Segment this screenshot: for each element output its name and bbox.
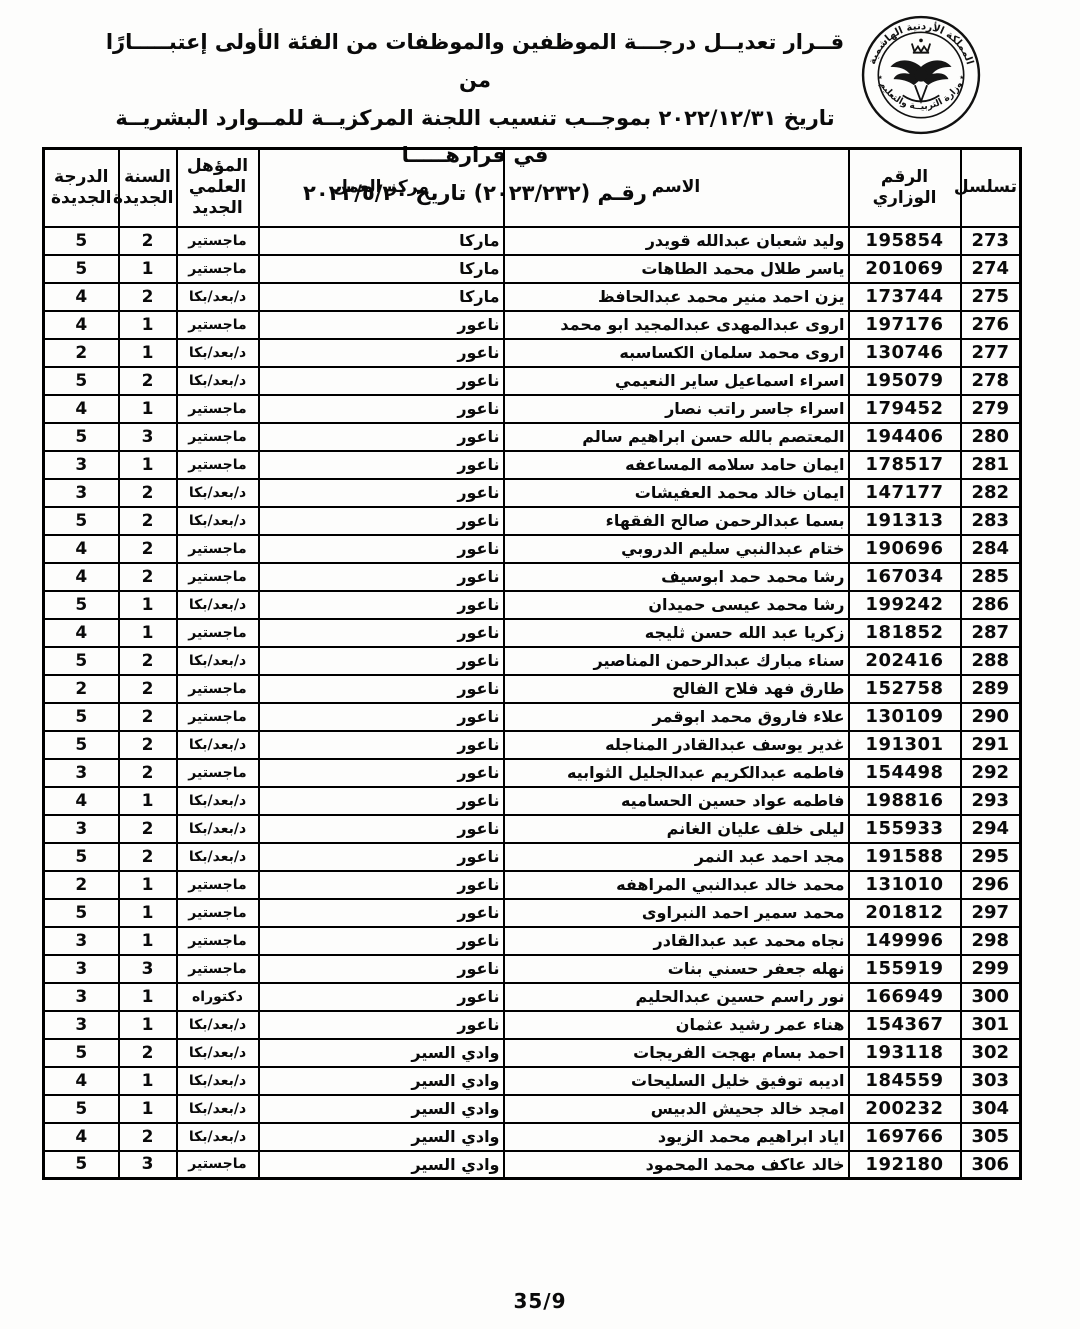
year-cell: 2 <box>119 507 177 535</box>
ministry-number-cell: 130109 <box>849 703 961 731</box>
table-row: 301154367هناء عمر رشيد عثمانناعورد/بعد/ب… <box>44 1011 1021 1039</box>
name-cell: بسما عبدالرحمن صالح الفقهاء <box>504 507 849 535</box>
ministry-number-cell: 195854 <box>849 227 961 255</box>
qualification-cell: د/بعد/بكا <box>177 1123 259 1151</box>
name-cell: سناء مبارك عبدالرحمن المناصير <box>504 647 849 675</box>
serial-cell: 284 <box>961 535 1021 563</box>
table-row: 280194406المعتصم بالله حسن ابراهيم سالمن… <box>44 423 1021 451</box>
serial-cell: 295 <box>961 843 1021 871</box>
serial-cell: 286 <box>961 591 1021 619</box>
grade-cell: 3 <box>44 479 119 507</box>
column-header-new-year: السنة الجديدة <box>119 149 177 227</box>
table-row: 286199242رشا محمد عيسى حميدانناعورد/بعد/… <box>44 591 1021 619</box>
ministry-number-cell: 197176 <box>849 311 961 339</box>
ministry-number-cell: 184559 <box>849 1067 961 1095</box>
name-cell: هناء عمر رشيد عثمان <box>504 1011 849 1039</box>
name-cell: اسراء اسماعيل ساير النعيمي <box>504 367 849 395</box>
grade-cell: 5 <box>44 255 119 283</box>
name-cell: ياسر طلال محمد الطاهات <box>504 255 849 283</box>
year-cell: 2 <box>119 563 177 591</box>
ministry-number-cell: 191301 <box>849 731 961 759</box>
qualification-cell: ماجستير <box>177 899 259 927</box>
work-center-cell: ناعور <box>259 815 504 843</box>
grade-cell: 5 <box>44 507 119 535</box>
ministry-number-cell: 200232 <box>849 1095 961 1123</box>
ministry-number-cell: 155919 <box>849 955 961 983</box>
grade-cell: 3 <box>44 451 119 479</box>
qualification-cell: د/بعد/بكا <box>177 339 259 367</box>
table-row: 296131010محمد خالد عبدالنبي المراهفهناعو… <box>44 871 1021 899</box>
name-cell: فاطمه عبدالكريم عبدالجليل الثوابيه <box>504 759 849 787</box>
serial-cell: 290 <box>961 703 1021 731</box>
serial-cell: 294 <box>961 815 1021 843</box>
table-head: تسلسلالرقم الوزاريالاسممركز العملالمؤهل … <box>44 149 1021 227</box>
table-row: 281178517ايمان حامد سلامه المساعفهناعورم… <box>44 451 1021 479</box>
year-cell: 2 <box>119 367 177 395</box>
serial-cell: 278 <box>961 367 1021 395</box>
qualification-cell: ماجستير <box>177 311 259 339</box>
serial-cell: 300 <box>961 983 1021 1011</box>
qualification-cell: ماجستير <box>177 955 259 983</box>
qualification-cell: ماجستير <box>177 451 259 479</box>
table-row: 289152758طارق فهد فلاح الفالحناعورماجستي… <box>44 675 1021 703</box>
qualification-cell: ماجستير <box>177 1151 259 1179</box>
year-cell: 2 <box>119 675 177 703</box>
column-header-work-center: مركز العمل <box>259 149 504 227</box>
table-row: 303184559اديبه توفيق خليل السليحاتوادي ا… <box>44 1067 1021 1095</box>
ministry-number-cell: 147177 <box>849 479 961 507</box>
table-row: 275173744يزن احمد منير محمد عبدالحافظمار… <box>44 283 1021 311</box>
work-center-cell: ناعور <box>259 731 504 759</box>
table-row: 300166949نور راسم حسين عبدالحليمناعوردكت… <box>44 983 1021 1011</box>
grade-cell: 4 <box>44 1067 119 1095</box>
work-center-cell: ماركا <box>259 283 504 311</box>
year-cell: 2 <box>119 815 177 843</box>
serial-cell: 299 <box>961 955 1021 983</box>
serial-cell: 302 <box>961 1039 1021 1067</box>
work-center-cell: ماركا <box>259 255 504 283</box>
serial-cell: 277 <box>961 339 1021 367</box>
serial-cell: 296 <box>961 871 1021 899</box>
qualification-cell: د/بعد/بكا <box>177 591 259 619</box>
grade-cell: 4 <box>44 619 119 647</box>
work-center-cell: ناعور <box>259 675 504 703</box>
work-center-cell: ماركا <box>259 227 504 255</box>
ministry-number-cell: 149996 <box>849 927 961 955</box>
year-cell: 1 <box>119 311 177 339</box>
serial-cell: 306 <box>961 1151 1021 1179</box>
serial-cell: 289 <box>961 675 1021 703</box>
serial-cell: 279 <box>961 395 1021 423</box>
qualification-cell: د/بعد/بكا <box>177 1039 259 1067</box>
ministry-number-cell: 167034 <box>849 563 961 591</box>
serial-cell: 298 <box>961 927 1021 955</box>
work-center-cell: وادي السير <box>259 1123 504 1151</box>
work-center-cell: ناعور <box>259 311 504 339</box>
grade-cell: 3 <box>44 759 119 787</box>
column-header-qualification: المؤهل العلمي الجديد <box>177 149 259 227</box>
qualification-cell: د/بعد/بكا <box>177 787 259 815</box>
year-cell: 2 <box>119 227 177 255</box>
heading-line-1: قــرار تعديــل درجـــة الموظفين والموظفا… <box>95 24 855 100</box>
ministry-number-cell: 193118 <box>849 1039 961 1067</box>
qualification-cell: ماجستير <box>177 759 259 787</box>
work-center-cell: ناعور <box>259 927 504 955</box>
ministry-number-cell: 201069 <box>849 255 961 283</box>
year-cell: 1 <box>119 787 177 815</box>
grade-cell: 5 <box>44 1039 119 1067</box>
year-cell: 2 <box>119 843 177 871</box>
ministry-number-cell: 131010 <box>849 871 961 899</box>
table-row: 276197176اروى عبدالمهدى عبدالمجيد ابو مح… <box>44 311 1021 339</box>
grade-cell: 4 <box>44 311 119 339</box>
name-cell: نهله جعفر حسني بنات <box>504 955 849 983</box>
work-center-cell: ناعور <box>259 983 504 1011</box>
table-row: 282147177ايمان خالد محمد العفيشاتناعورد/… <box>44 479 1021 507</box>
work-center-cell: ناعور <box>259 563 504 591</box>
year-cell: 1 <box>119 1095 177 1123</box>
table-row: 304200232امجد خالد جحيش الدبيسوادي السير… <box>44 1095 1021 1123</box>
serial-cell: 305 <box>961 1123 1021 1151</box>
ministry-number-cell: 130746 <box>849 339 961 367</box>
page-footer: 35/9 <box>0 1289 1080 1313</box>
work-center-cell: ناعور <box>259 619 504 647</box>
table-row: 287181852زكريا عبد الله حسن ثليجهناعورما… <box>44 619 1021 647</box>
serial-cell: 282 <box>961 479 1021 507</box>
table-row: 299155919نهله جعفر حسني بناتناعورماجستير… <box>44 955 1021 983</box>
table-row: 284190696ختام عبدالنبي سليم الدروبيناعور… <box>44 535 1021 563</box>
svg-text:المملكة الأردنية الهاشمية: المملكة الأردنية الهاشمية <box>867 21 975 66</box>
ministry-number-cell: 202416 <box>849 647 961 675</box>
column-header-new-grade: الدرجة الجديدة <box>44 149 119 227</box>
table-row: 292154498فاطمه عبدالكريم عبدالجليل الثوا… <box>44 759 1021 787</box>
grade-cell: 4 <box>44 563 119 591</box>
table-header-row: تسلسلالرقم الوزاريالاسممركز العملالمؤهل … <box>44 149 1021 227</box>
qualification-cell: د/بعد/بكا <box>177 1067 259 1095</box>
work-center-cell: ناعور <box>259 367 504 395</box>
table-row: 283191313بسما عبدالرحمن صالح الفقهاءناعو… <box>44 507 1021 535</box>
grade-cell: 5 <box>44 899 119 927</box>
year-cell: 1 <box>119 451 177 479</box>
work-center-cell: ناعور <box>259 871 504 899</box>
name-cell: طارق فهد فلاح الفالح <box>504 675 849 703</box>
serial-cell: 293 <box>961 787 1021 815</box>
year-cell: 3 <box>119 1151 177 1179</box>
seal-top-text: المملكة الأردنية الهاشمية <box>867 21 975 66</box>
name-cell: خالد عاكف محمد المحمود <box>504 1151 849 1179</box>
year-cell: 2 <box>119 759 177 787</box>
name-cell: المعتصم بالله حسن ابراهيم سالم <box>504 423 849 451</box>
name-cell: ليلى خلف عليان الغانم <box>504 815 849 843</box>
grade-cell: 5 <box>44 731 119 759</box>
ministry-number-cell: 181852 <box>849 619 961 647</box>
year-cell: 1 <box>119 255 177 283</box>
work-center-cell: وادي السير <box>259 1067 504 1095</box>
serial-cell: 283 <box>961 507 1021 535</box>
grade-cell: 2 <box>44 339 119 367</box>
year-cell: 1 <box>119 899 177 927</box>
grade-cell: 5 <box>44 367 119 395</box>
year-cell: 1 <box>119 1067 177 1095</box>
serial-cell: 280 <box>961 423 1021 451</box>
name-cell: اروى محمد سلمان الكساسبه <box>504 339 849 367</box>
year-cell: 2 <box>119 283 177 311</box>
table-row: 295191588مجد احمد عبد النمرناعورد/بعد/بك… <box>44 843 1021 871</box>
year-cell: 1 <box>119 871 177 899</box>
table-row: 291191301غدير يوسف عبدالقادر المناجلهناع… <box>44 731 1021 759</box>
serial-cell: 303 <box>961 1067 1021 1095</box>
grade-cell: 4 <box>44 787 119 815</box>
page-number: 35/9 <box>513 1289 566 1313</box>
qualification-cell: ماجستير <box>177 423 259 451</box>
grade-cell: 2 <box>44 871 119 899</box>
name-cell: اياد ابراهيم محمد الزيود <box>504 1123 849 1151</box>
ministry-number-cell: 192180 <box>849 1151 961 1179</box>
qualification-cell: ماجستير <box>177 703 259 731</box>
qualification-cell: ماجستير <box>177 563 259 591</box>
qualification-cell: د/بعد/بكا <box>177 1011 259 1039</box>
work-center-cell: ناعور <box>259 647 504 675</box>
name-cell: مجد احمد عبد النمر <box>504 843 849 871</box>
ministry-number-cell: 195079 <box>849 367 961 395</box>
work-center-cell: ناعور <box>259 703 504 731</box>
work-center-cell: ناعور <box>259 535 504 563</box>
name-cell: اسراء جاسر راتب نصار <box>504 395 849 423</box>
serial-cell: 291 <box>961 731 1021 759</box>
work-center-cell: ناعور <box>259 395 504 423</box>
table-row: 298149996نجاه محمد عبد عبدالقادرناعورماج… <box>44 927 1021 955</box>
qualification-cell: د/بعد/بكا <box>177 815 259 843</box>
table-body: 273195854وليد شعبان عبدالله قويدرماركاما… <box>44 227 1021 1179</box>
grade-cell: 5 <box>44 591 119 619</box>
grade-cell: 5 <box>44 227 119 255</box>
serial-cell: 275 <box>961 283 1021 311</box>
qualification-cell: ماجستير <box>177 227 259 255</box>
coat-of-arms-icon: المملكة الأردنية الهاشمية ٭ وزارة التربي… <box>860 12 982 138</box>
ministry-number-cell: 198816 <box>849 787 961 815</box>
ministry-number-cell: 169766 <box>849 1123 961 1151</box>
year-cell: 1 <box>119 591 177 619</box>
table-row: 293198816فاطمه عواد حسين الحساميهناعورد/… <box>44 787 1021 815</box>
name-cell: محمد سمير احمد النبراوى <box>504 899 849 927</box>
name-cell: ايمان خالد محمد العفيشات <box>504 479 849 507</box>
work-center-cell: وادي السير <box>259 1151 504 1179</box>
work-center-cell: ناعور <box>259 759 504 787</box>
table-row: 273195854وليد شعبان عبدالله قويدرماركاما… <box>44 227 1021 255</box>
grade-cell: 3 <box>44 1011 119 1039</box>
grade-cell: 3 <box>44 815 119 843</box>
name-cell: وليد شعبان عبدالله قويدر <box>504 227 849 255</box>
work-center-cell: ناعور <box>259 451 504 479</box>
table-row: 277130746اروى محمد سلمان الكساسبهناعورد/… <box>44 339 1021 367</box>
qualification-cell: د/بعد/بكا <box>177 647 259 675</box>
name-cell: فاطمه عواد حسين الحساميه <box>504 787 849 815</box>
grade-cell: 5 <box>44 647 119 675</box>
ministry-number-cell: 199242 <box>849 591 961 619</box>
year-cell: 2 <box>119 1123 177 1151</box>
name-cell: امجد خالد جحيش الدبيس <box>504 1095 849 1123</box>
grade-cell: 3 <box>44 983 119 1011</box>
name-cell: اديبه توفيق خليل السليحات <box>504 1067 849 1095</box>
name-cell: غدير يوسف عبدالقادر المناجله <box>504 731 849 759</box>
ministry-number-cell: 154367 <box>849 1011 961 1039</box>
work-center-cell: ناعور <box>259 843 504 871</box>
serial-cell: 285 <box>961 563 1021 591</box>
name-cell: اروى عبدالمهدى عبدالمجيد ابو محمد <box>504 311 849 339</box>
name-cell: محمد خالد عبدالنبي المراهفه <box>504 871 849 899</box>
ministry-number-cell: 179452 <box>849 395 961 423</box>
work-center-cell: ناعور <box>259 899 504 927</box>
year-cell: 1 <box>119 619 177 647</box>
serial-cell: 274 <box>961 255 1021 283</box>
ministry-number-cell: 178517 <box>849 451 961 479</box>
table-row: 285167034رشا محمد حمد ابوسيفناعورماجستير… <box>44 563 1021 591</box>
grade-cell: 4 <box>44 535 119 563</box>
work-center-cell: ناعور <box>259 423 504 451</box>
qualification-cell: ماجستير <box>177 927 259 955</box>
qualification-cell: د/بعد/بكا <box>177 283 259 311</box>
year-cell: 1 <box>119 339 177 367</box>
grade-cell: 3 <box>44 927 119 955</box>
qualification-cell: د/بعد/بكا <box>177 507 259 535</box>
name-cell: ايمان حامد سلامه المساعفه <box>504 451 849 479</box>
ministry-number-cell: 166949 <box>849 983 961 1011</box>
ministry-number-cell: 201812 <box>849 899 961 927</box>
serial-cell: 301 <box>961 1011 1021 1039</box>
ministry-number-cell: 173744 <box>849 283 961 311</box>
year-cell: 3 <box>119 423 177 451</box>
year-cell: 1 <box>119 927 177 955</box>
name-cell: ختام عبدالنبي سليم الدروبي <box>504 535 849 563</box>
ministry-number-cell: 190696 <box>849 535 961 563</box>
ministry-number-cell: 191588 <box>849 843 961 871</box>
qualification-cell: ماجستير <box>177 535 259 563</box>
employees-table: تسلسلالرقم الوزاريالاسممركز العملالمؤهل … <box>42 147 1022 1180</box>
qualification-cell: ماجستير <box>177 619 259 647</box>
name-cell: زكريا عبد الله حسن ثليجه <box>504 619 849 647</box>
column-header-ministry-number: الرقم الوزاري <box>849 149 961 227</box>
grade-cell: 2 <box>44 675 119 703</box>
name-cell: رشا محمد عيسى حميدان <box>504 591 849 619</box>
year-cell: 1 <box>119 983 177 1011</box>
year-cell: 2 <box>119 647 177 675</box>
name-cell: نور راسم حسين عبدالحليم <box>504 983 849 1011</box>
work-center-cell: ناعور <box>259 955 504 983</box>
qualification-cell: د/بعد/بكا <box>177 1095 259 1123</box>
work-center-cell: ناعور <box>259 339 504 367</box>
table-row: 274201069ياسر طلال محمد الطاهاتماركاماجس… <box>44 255 1021 283</box>
year-cell: 2 <box>119 535 177 563</box>
year-cell: 1 <box>119 395 177 423</box>
work-center-cell: وادي السير <box>259 1095 504 1123</box>
year-cell: 3 <box>119 955 177 983</box>
ministry-number-cell: 194406 <box>849 423 961 451</box>
grade-cell: 5 <box>44 843 119 871</box>
grade-cell: 5 <box>44 1095 119 1123</box>
table-row: 297201812محمد سمير احمد النبراوىناعورماج… <box>44 899 1021 927</box>
serial-cell: 281 <box>961 451 1021 479</box>
grade-cell: 4 <box>44 283 119 311</box>
document-page: المملكة الأردنية الهاشمية ٭ وزارة التربي… <box>0 0 1080 1329</box>
serial-cell: 297 <box>961 899 1021 927</box>
table-row: 306192180خالد عاكف محمد المحمودوادي السي… <box>44 1151 1021 1179</box>
grade-cell: 3 <box>44 955 119 983</box>
qualification-cell: ماجستير <box>177 871 259 899</box>
serial-cell: 288 <box>961 647 1021 675</box>
year-cell: 2 <box>119 703 177 731</box>
year-cell: 2 <box>119 1039 177 1067</box>
name-cell: رشا محمد حمد ابوسيف <box>504 563 849 591</box>
grade-cell: 5 <box>44 1151 119 1179</box>
year-cell: 1 <box>119 1011 177 1039</box>
table-row: 288202416سناء مبارك عبدالرحمن المناصيرنا… <box>44 647 1021 675</box>
qualification-cell: د/بعد/بكا <box>177 731 259 759</box>
qualification-cell: ماجستير <box>177 675 259 703</box>
table-row: 302193118احمد بسام بهجت الفريجاتوادي الس… <box>44 1039 1021 1067</box>
grade-cell: 4 <box>44 1123 119 1151</box>
table-row: 279179452اسراء جاسر راتب نصارناعورماجستي… <box>44 395 1021 423</box>
column-header-name: الاسم <box>504 149 849 227</box>
table-row: 305169766اياد ابراهيم محمد الزيودوادي ال… <box>44 1123 1021 1151</box>
grade-cell: 4 <box>44 395 119 423</box>
name-cell: يزن احمد منير محمد عبدالحافظ <box>504 283 849 311</box>
serial-cell: 292 <box>961 759 1021 787</box>
qualification-cell: د/بعد/بكا <box>177 479 259 507</box>
serial-cell: 273 <box>961 227 1021 255</box>
qualification-cell: ماجستير <box>177 255 259 283</box>
serial-cell: 276 <box>961 311 1021 339</box>
year-cell: 2 <box>119 479 177 507</box>
ministry-seal: المملكة الأردنية الهاشمية ٭ وزارة التربي… <box>860 12 982 138</box>
work-center-cell: ناعور <box>259 591 504 619</box>
ministry-number-cell: 152758 <box>849 675 961 703</box>
work-center-cell: وادي السير <box>259 1039 504 1067</box>
name-cell: نجاه محمد عبد عبدالقادر <box>504 927 849 955</box>
ministry-number-cell: 155933 <box>849 815 961 843</box>
name-cell: علاء فاروق محمد ابوقمر <box>504 703 849 731</box>
table-row: 278195079اسراء اسماعيل ساير النعيميناعور… <box>44 367 1021 395</box>
qualification-cell: د/بعد/بكا <box>177 843 259 871</box>
serial-cell: 304 <box>961 1095 1021 1123</box>
qualification-cell: دكتوراه <box>177 983 259 1011</box>
work-center-cell: ناعور <box>259 787 504 815</box>
work-center-cell: ناعور <box>259 507 504 535</box>
serial-cell: 287 <box>961 619 1021 647</box>
grade-cell: 5 <box>44 423 119 451</box>
qualification-cell: ماجستير <box>177 395 259 423</box>
table-row: 290130109علاء فاروق محمد ابوقمرناعورماجس… <box>44 703 1021 731</box>
column-header-serial: تسلسل <box>961 149 1021 227</box>
work-center-cell: ناعور <box>259 1011 504 1039</box>
grade-cell: 5 <box>44 703 119 731</box>
work-center-cell: ناعور <box>259 479 504 507</box>
table-row: 294155933ليلى خلف عليان الغانمناعورد/بعد… <box>44 815 1021 843</box>
year-cell: 2 <box>119 731 177 759</box>
qualification-cell: د/بعد/بكا <box>177 367 259 395</box>
ministry-number-cell: 154498 <box>849 759 961 787</box>
ministry-number-cell: 191313 <box>849 507 961 535</box>
name-cell: احمد بسام بهجت الفريجات <box>504 1039 849 1067</box>
